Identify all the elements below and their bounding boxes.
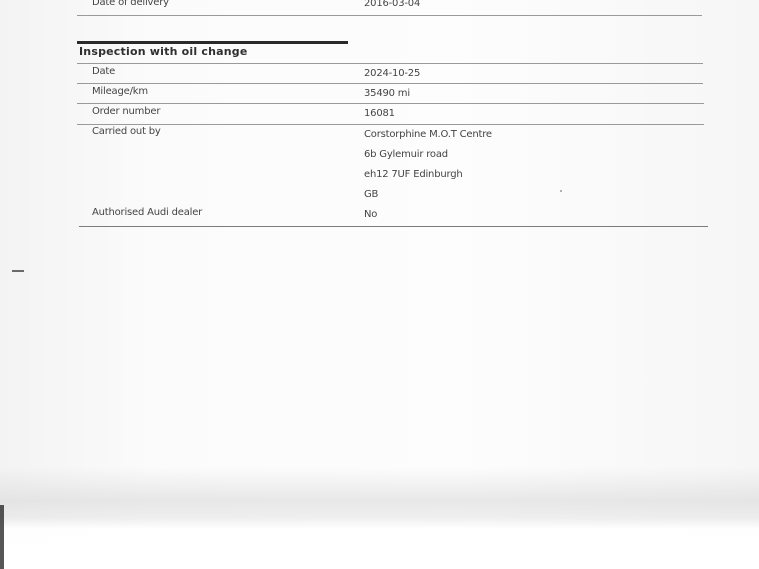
divider: [77, 63, 703, 64]
divider: [77, 15, 702, 16]
date-value: 2024-10-25: [364, 68, 420, 79]
date-label: Date: [92, 66, 115, 77]
workshop-country: GB: [364, 189, 378, 200]
scan-speck: [560, 190, 562, 192]
page-edge-shadow: [0, 505, 4, 569]
section-heading-bar: [77, 41, 348, 44]
order-number-value: 16081: [364, 108, 395, 119]
date-of-delivery-value: 2016-03-04: [364, 0, 420, 9]
divider: [77, 103, 704, 104]
workshop-name: Corstorphine M.O.T Centre: [364, 129, 492, 140]
date-of-delivery-label: Date of delivery: [92, 0, 169, 8]
authorised-dealer-label: Authorised Audi dealer: [92, 207, 202, 218]
margin-mark: [12, 270, 24, 272]
divider: [77, 83, 703, 84]
section-title: Inspection with oil change: [79, 45, 248, 58]
divider: [79, 226, 708, 227]
order-number-label: Order number: [92, 106, 160, 117]
mileage-label: Mileage/km: [92, 86, 148, 97]
divider: [77, 124, 704, 125]
mileage-value: 35490 mi: [364, 88, 410, 99]
workshop-street: 6b Gylemuir road: [364, 149, 448, 160]
carried-out-by-label: Carried out by: [92, 126, 161, 137]
authorised-dealer-value: No: [364, 209, 377, 220]
workshop-postcode-city: eh12 7UF Edinburgh: [364, 169, 463, 180]
scanned-page: Date of delivery 2016-03-04 Inspection w…: [0, 0, 759, 569]
